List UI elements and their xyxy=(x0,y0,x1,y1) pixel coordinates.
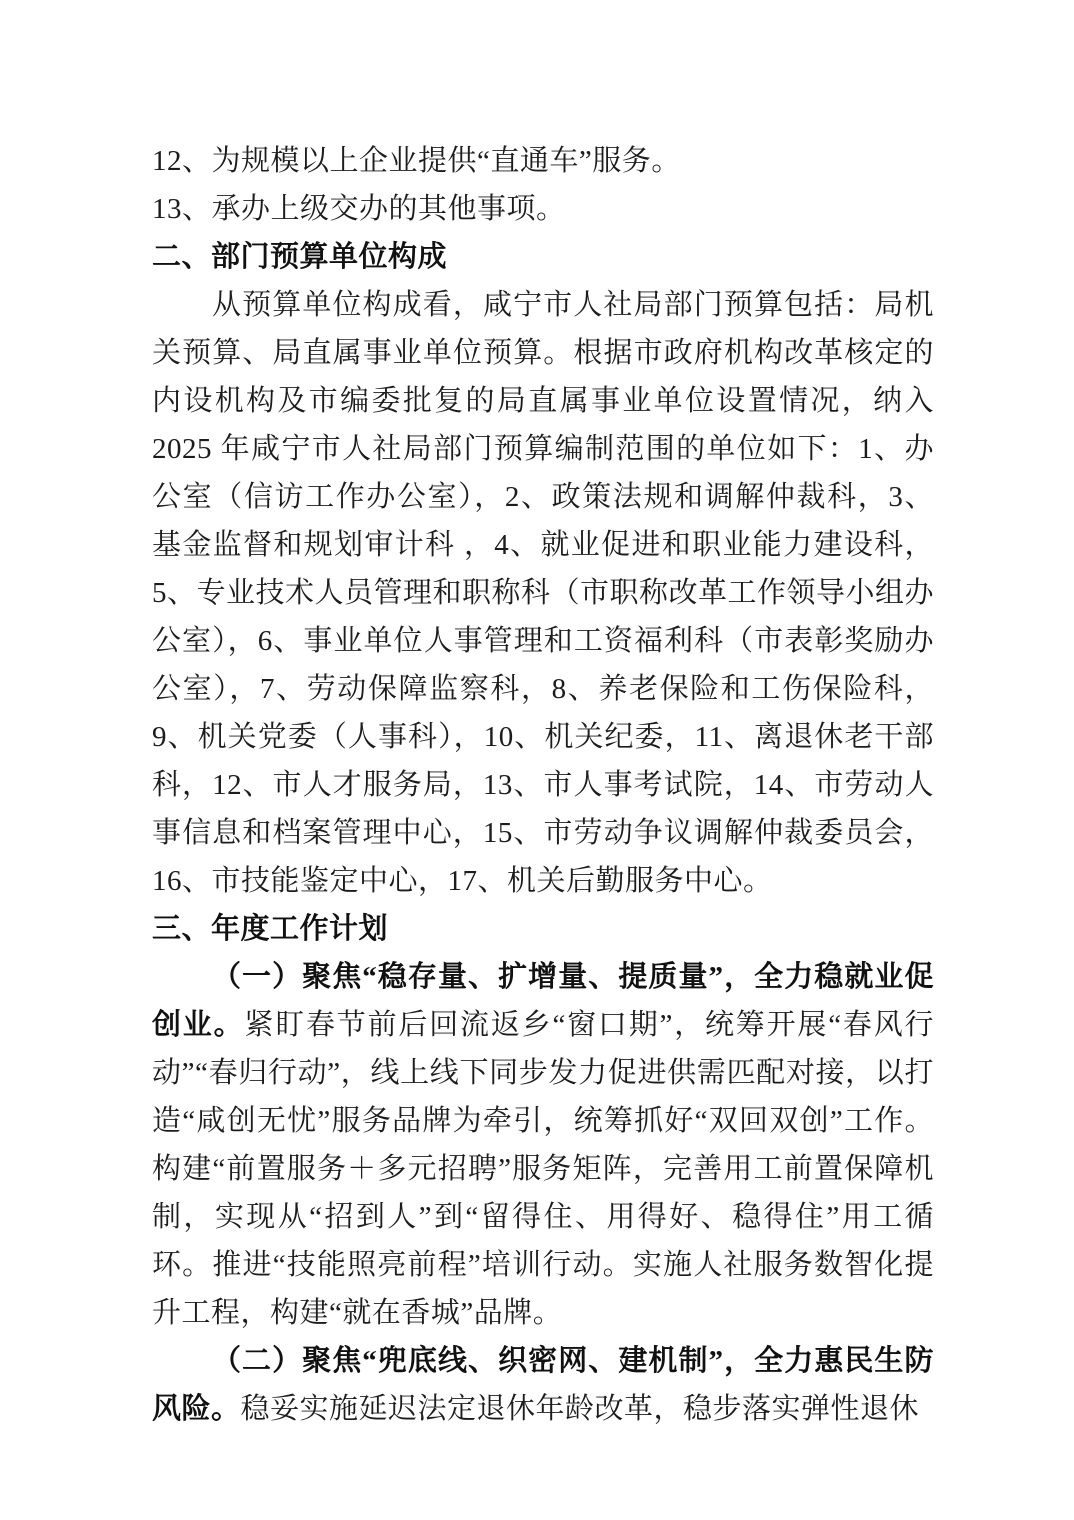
work-plan-paragraph-2-text: 稳妥实施延迟法定退休年龄改革，稳步落实弹性退休 xyxy=(241,1393,920,1425)
budget-units-paragraph: 从预算单位构成看，咸宁市人社局部门预算包括：局机关预算、局直属事业单位预算。根据… xyxy=(152,281,934,905)
list-item-12: 12、为规模以上企业提供“直通车”服务。 xyxy=(152,137,934,185)
document-body: 12、为规模以上企业提供“直通车”服务。 13、承办上级交办的其他事项。 二、部… xyxy=(152,137,934,1433)
work-plan-paragraph-1: （一）聚焦“稳存量、扩增量、提质量”，全力稳就业促创业。紧盯春节前后回流返乡“窗… xyxy=(152,953,934,1337)
section-heading-budget-units: 二、部门预算单位构成 xyxy=(152,233,934,281)
section-heading-annual-work-plan: 三、年度工作计划 xyxy=(152,905,934,953)
work-plan-paragraph-2: （二）聚焦“兜底线、织密网、建机制”，全力惠民生防风险。稳妥实施延迟法定退休年龄… xyxy=(152,1337,934,1433)
list-item-13: 13、承办上级交办的其他事项。 xyxy=(152,185,934,233)
document-page: 12、为规模以上企业提供“直通车”服务。 13、承办上级交办的其他事项。 二、部… xyxy=(0,0,1074,1520)
work-plan-paragraph-1-text: 紧盯春节前后回流返乡“窗口期”，统筹开展“春风行动”“春归行动”，线上线下同步发… xyxy=(152,1009,934,1329)
